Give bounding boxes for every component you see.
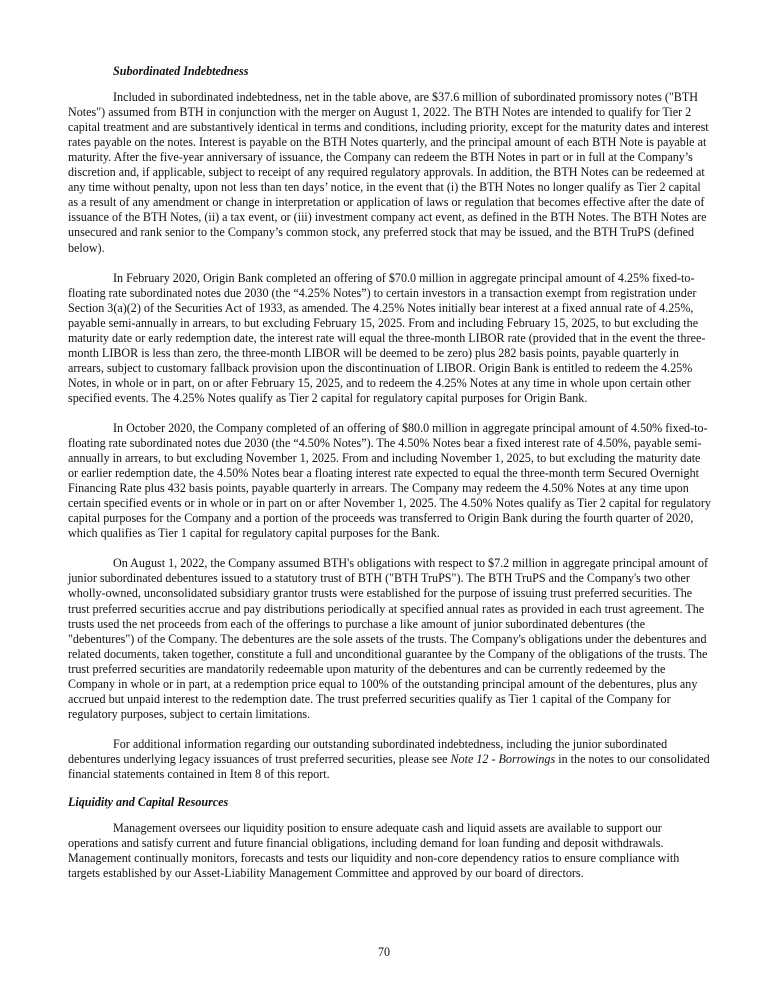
spacer [68, 79, 711, 90]
paragraph-425-notes: In February 2020, Origin Bank completed … [68, 271, 711, 406]
spacer [68, 541, 711, 556]
section-heading-subordinated-indebtedness: Subordinated Indebtedness [113, 64, 711, 79]
spacer [68, 406, 711, 421]
spacer [68, 722, 711, 737]
spacer [68, 782, 711, 795]
paragraph-bth-notes: Included in subordinated indebtedness, n… [68, 90, 711, 256]
paragraph-450-notes: In October 2020, the Company completed o… [68, 421, 711, 541]
paragraph-liquidity: Management oversees our liquidity positi… [68, 821, 711, 881]
section-heading-liquidity: Liquidity and Capital Resources [68, 795, 711, 810]
document-page: Subordinated Indebtedness Included in su… [68, 64, 711, 881]
spacer [68, 256, 711, 271]
page-number: 70 [0, 945, 768, 960]
note-reference: Note 12 - Borrowings [450, 752, 555, 766]
paragraph-bth-trups: On August 1, 2022, the Company assumed B… [68, 556, 711, 722]
spacer [68, 810, 711, 821]
paragraph-additional-information: For additional information regarding our… [68, 737, 711, 782]
